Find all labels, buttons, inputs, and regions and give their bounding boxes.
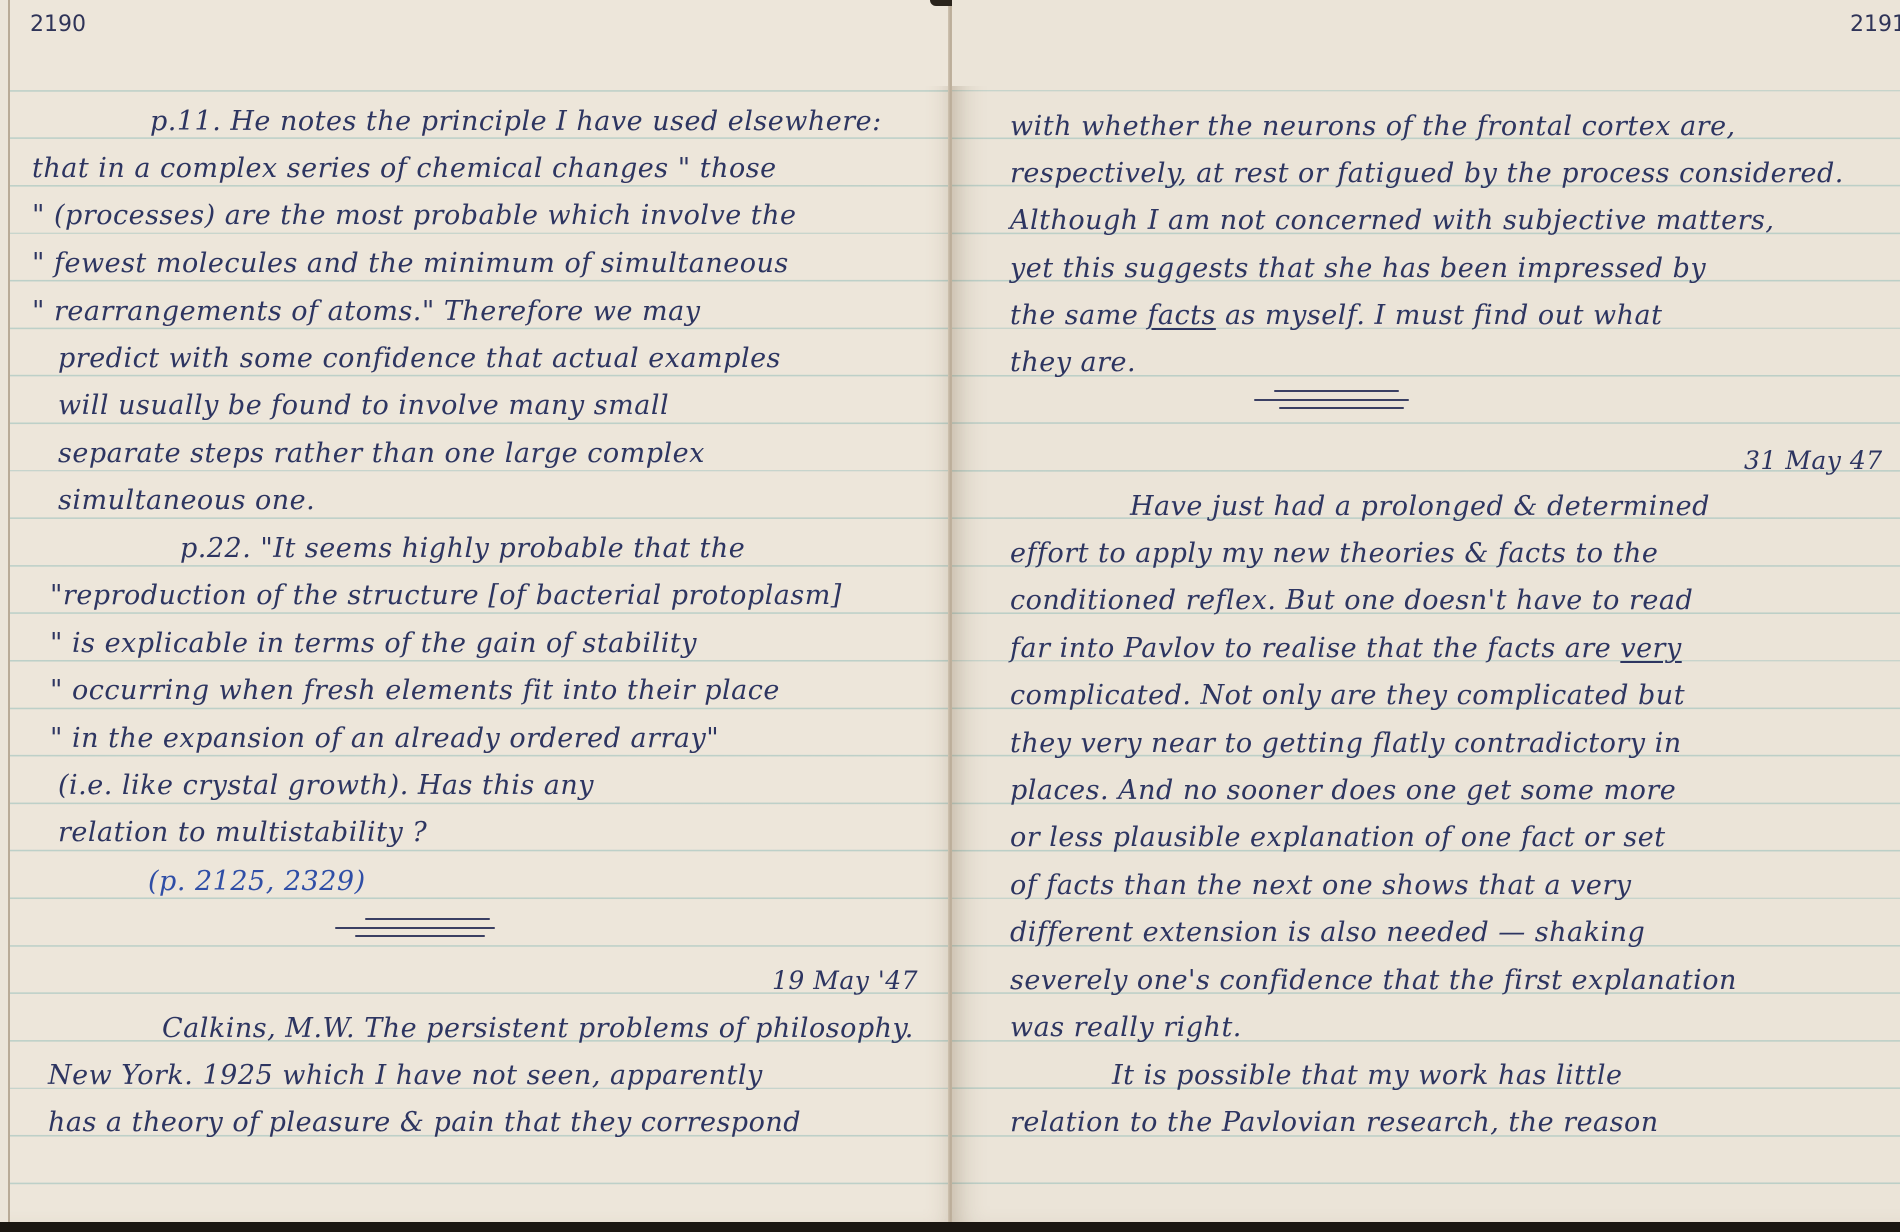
handwritten-line: has a theory of pleasure & pain that the… [48, 1109, 801, 1136]
handwritten-line: the same facts as myself. I must find ou… [1010, 302, 1662, 329]
handwritten-line: was really right. [1010, 1014, 1242, 1041]
handwritten-line: (i.e. like crystal growth). Has this any [58, 772, 594, 799]
text-fragment: far into Pavlov to realise that the fact… [1010, 633, 1611, 664]
book-bottom-edge [0, 1222, 1900, 1232]
handwritten-line: places. And no sooner does one get some … [1010, 777, 1676, 804]
handwritten-line: " occurring when fresh elements fit into… [50, 677, 780, 704]
handwritten-line: New York. 1925 which I have not seen, ap… [48, 1062, 763, 1089]
handwritten-line: or less plausible explanation of one fac… [1010, 824, 1666, 851]
handwritten-line: they very near to getting flatly contrad… [1010, 730, 1682, 757]
handwritten-line: p.11. He notes the principle I have used… [150, 108, 882, 135]
handwritten-line: that in a complex series of chemical cha… [32, 155, 777, 182]
handwritten-line: " fewest molecules and the minimum of si… [32, 250, 789, 277]
right-page-header-area [952, 0, 1900, 86]
handwritten-line: separate steps rather than one large com… [58, 440, 705, 467]
handwritten-line: severely one's confidence that the first… [1010, 967, 1737, 994]
handwritten-line: they are. [1010, 349, 1136, 376]
handwritten-line: " in the expansion of an already ordered… [50, 725, 719, 752]
handwritten-line: different extension is also needed — sha… [1010, 919, 1645, 946]
underlined-word-very: very [1620, 633, 1681, 664]
underlined-word-facts: facts [1147, 300, 1215, 331]
handwritten-line: Calkins, M.W. The persistent problems of… [162, 1015, 914, 1042]
handwritten-line: Although I am not concerned with subject… [1010, 207, 1774, 234]
handwritten-line: predict with some confidence that actual… [58, 345, 781, 372]
handwritten-line: respectively, at rest or fatigued by the… [1010, 160, 1844, 187]
handwritten-line: yet this suggests that she has been impr… [1010, 255, 1706, 282]
left-page: 2190 p.11. He notes the principle I have… [8, 0, 954, 1222]
handwritten-line: p.22. "It seems highly probable that the [180, 535, 745, 562]
handwritten-line: will usually be found to involve many sm… [58, 392, 669, 419]
handwritten-line: of facts than the next one shows that a … [1010, 872, 1632, 899]
page-number-left: 2190 [30, 12, 86, 37]
right-page: 2191 with whether the neurons of the fro… [952, 0, 1900, 1222]
text-fragment: the same [1010, 300, 1138, 331]
handwritten-line: complicated. Not only are they complicat… [1010, 682, 1685, 709]
handwritten-line: It is possible that my work has little [1112, 1062, 1622, 1089]
notebook-spread: 2190 p.11. He notes the principle I have… [0, 0, 1900, 1222]
left-page-header-area [10, 0, 954, 86]
handwritten-line: Have just had a prolonged & determined [1130, 493, 1710, 520]
handwritten-line: relation to multistability ? [58, 819, 427, 846]
entry-date: 19 May '47 [772, 968, 918, 993]
handwritten-line: far into Pavlov to realise that the fact… [1010, 635, 1682, 662]
entry-date: 31 May 47 [1744, 448, 1883, 473]
page-number-right: 2191 [1850, 12, 1900, 37]
handwritten-line: conditioned reflex. But one doesn't have… [1010, 587, 1693, 614]
handwritten-line: with whether the neurons of the frontal … [1010, 113, 1736, 140]
handwritten-line: effort to apply my new theories & facts … [1010, 540, 1658, 567]
handwritten-line: simultaneous one. [58, 487, 315, 514]
handwritten-line: relation to the Pavlovian research, the … [1010, 1109, 1659, 1136]
handwritten-line: " rearrangements of atoms." Therefore we… [32, 298, 700, 325]
handwritten-line: " (processes) are the most probable whic… [32, 202, 797, 229]
cross-reference-note: (p. 2125, 2329) [148, 868, 366, 895]
text-fragment: as myself. I must find out what [1225, 300, 1663, 331]
handwritten-line: "reproduction of the structure [of bacte… [50, 582, 842, 609]
handwritten-line: " is explicable in terms of the gain of … [50, 630, 697, 657]
